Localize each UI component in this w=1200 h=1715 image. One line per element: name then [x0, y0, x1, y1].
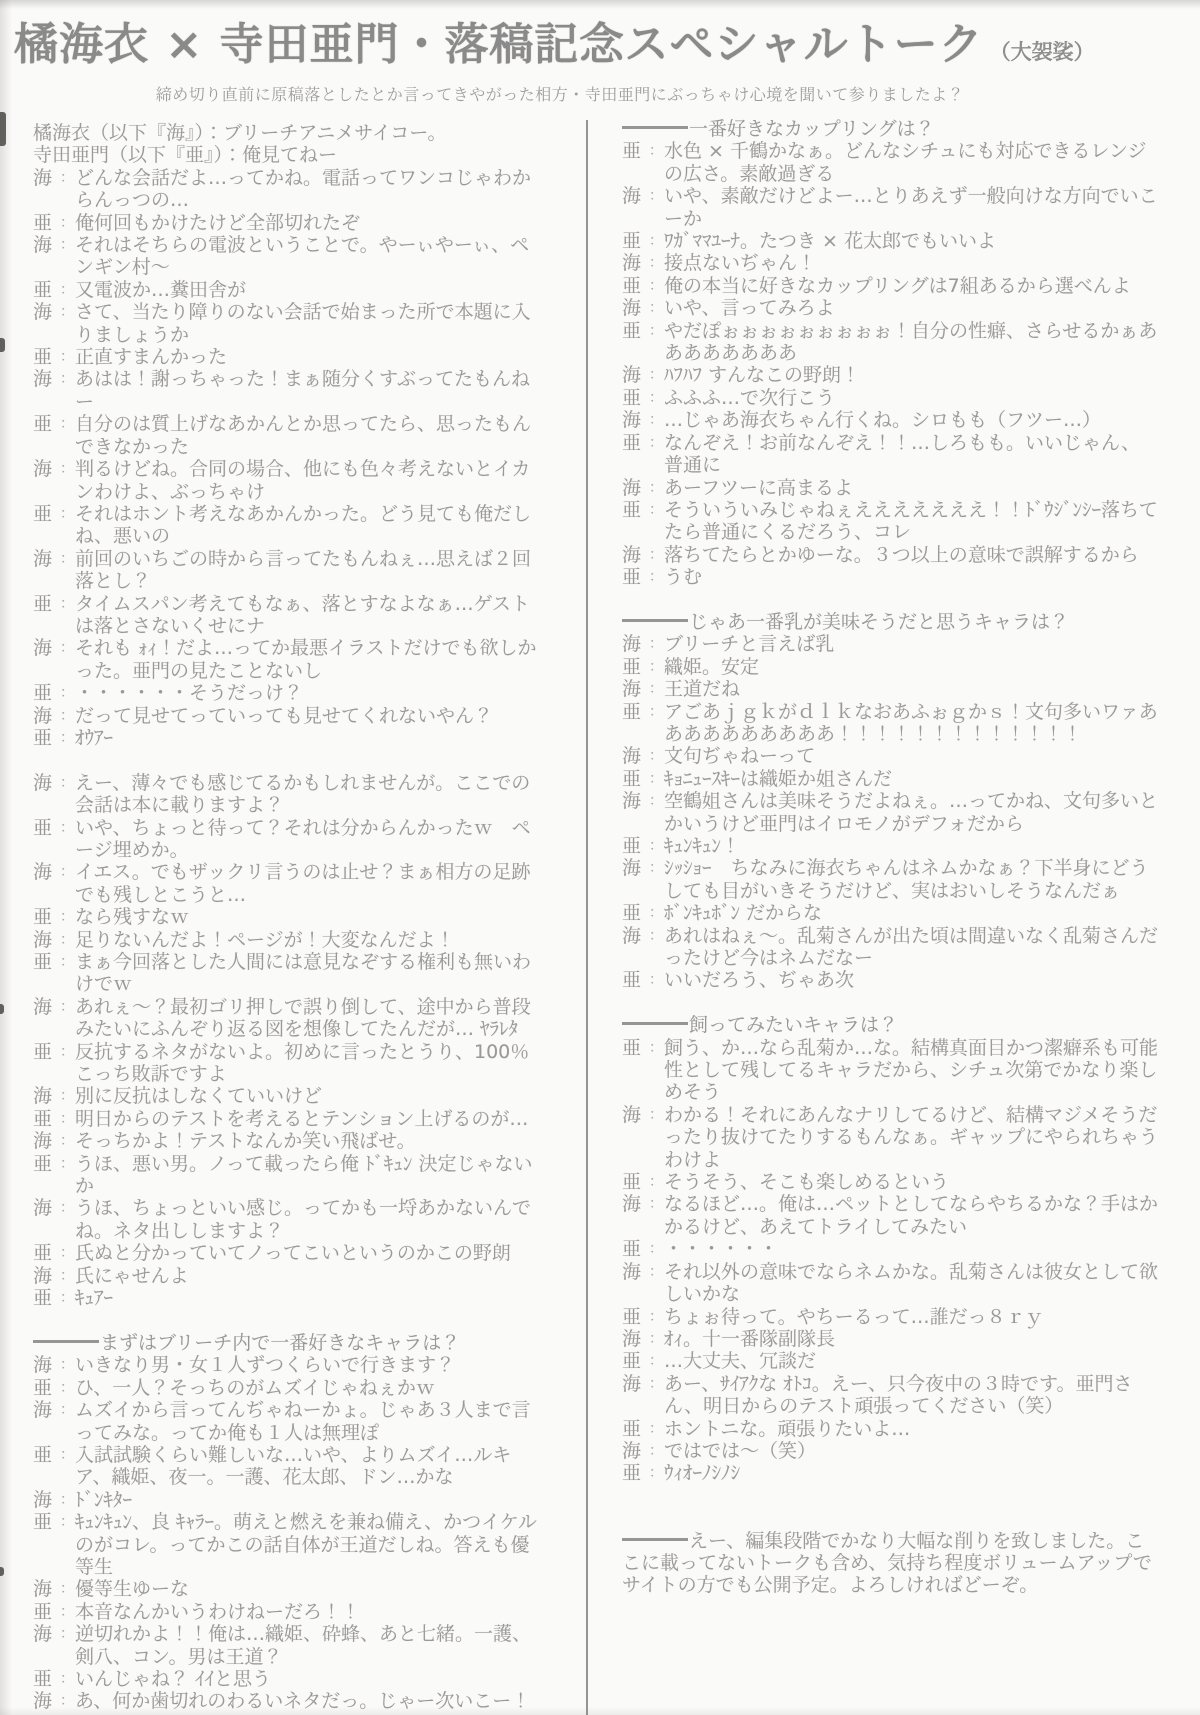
blank-space	[622, 992, 1158, 1014]
speaker-label: 海	[33, 1265, 59, 1287]
speaker-label: 亜	[33, 682, 59, 704]
dialogue-text: 明日からのテストを考えるとテンション上げるのが…	[75, 1108, 540, 1130]
speaker-colon: ：	[648, 1328, 664, 1350]
dialogue-text: 優等生ゆーな	[75, 1578, 540, 1600]
speaker-colon: ：	[648, 925, 664, 947]
dialogue-line: 海：あー、ｻｲｱｸな ｵﾄｺ。えー、只今夜中の３時です。亜門さん、明日からのテス…	[622, 1373, 1158, 1418]
dialogue-line: 海：ﾊﾌﾊﾌ すんなこの野朗！	[622, 364, 1158, 386]
dialogue-text: 接点ないぢゃん！	[664, 252, 1158, 274]
blank-space	[622, 589, 1158, 611]
dialogue-text: えー、薄々でも感じてるかもしれませんが。ここでの会話は本に載りますよ？	[75, 772, 540, 817]
speaker-label: 海	[622, 1440, 648, 1462]
dialogue-line: 海：さて、当たり障りのない会話で始まった所で本題に入りましょうか	[33, 301, 540, 346]
speaker-colon: ：	[59, 346, 75, 368]
speaker-colon: ：	[59, 861, 75, 883]
dialogue-line: 亜：なら残すなｗ	[33, 906, 540, 928]
speaker-label: 海	[33, 458, 59, 480]
speaker-label: 亜	[33, 817, 59, 839]
speaker-label: 海	[622, 477, 648, 499]
dialogue-text: 飼う、か…なら乱菊か…な。結構真面目かつ潔癖系も可能性として残してるキャラだから…	[664, 1037, 1158, 1104]
speaker-label: 亜	[622, 835, 648, 857]
speaker-colon: ：	[648, 1261, 664, 1283]
speaker-label: 海	[33, 637, 59, 659]
dialogue-text: なるほど…。俺は…ペットとしてならやちるかな？手はかかるけど、あえてトライしてみ…	[664, 1193, 1158, 1238]
dialogue-line: 亜：うむ	[622, 566, 1158, 588]
speaker-label: 亜	[622, 1171, 648, 1193]
dialogue-line: 亜：俺の本当に好きなカップリングは7組あるから選べんよ	[622, 275, 1158, 297]
speaker-label: 海	[622, 252, 648, 274]
speaker-label: 亜	[622, 230, 648, 252]
blank-space	[33, 1310, 540, 1332]
speaker-colon: ：	[648, 768, 664, 790]
speaker-colon: ：	[59, 682, 75, 704]
speaker-colon: ：	[59, 1668, 75, 1690]
speaker-colon: ：	[648, 969, 664, 991]
dialogue-line: 亜：正直すまんかった	[33, 346, 540, 368]
dialogue-line: 海：ではでは～（笑）	[622, 1440, 1158, 1462]
dialogue-text: 氏ぬと分かっていてノってこいというのかこの野朗	[75, 1242, 540, 1264]
dialogue-line: 亜：織姫。安定	[622, 656, 1158, 678]
speaker-colon: ：	[59, 929, 75, 951]
speaker-colon: ：	[648, 1306, 664, 1328]
dialogue-text: それ以外の意味でならネムかな。乱菊さんは彼女として欲しいかな	[664, 1261, 1158, 1306]
dialogue-text: いきなり男・女１人ずつくらいで行きます？	[75, 1354, 540, 1376]
speaker-colon: ：	[59, 1041, 75, 1063]
dialogue-text: イエス。でもザックリ言うのは止せ？まぁ相方の足跡でも残しとこうと…	[75, 861, 540, 906]
speaker-label: 海	[33, 1197, 59, 1219]
dialogue-line: 亜：ｷｮﾆｭｰｽｷｰは織姫か姐さんだ	[622, 768, 1158, 790]
section-header-text: じゃあ一番乳が美味そうだと思うキャラは？	[689, 611, 1069, 633]
speaker-label: 亜	[33, 1668, 59, 1690]
dialogue-line: 亜：いんじゃね？ ｲｲと思う	[33, 1668, 540, 1690]
dialogue-line: 亜：ﾜｶﾞﾏﾏﾕｰﾅ。たつき × 花太郎でもいいよ	[622, 230, 1158, 252]
dialogue-text: あー、ｻｲｱｸな ｵﾄｺ。えー、只今夜中の３時です。亜門さん、明日からのテスト頑…	[664, 1373, 1158, 1418]
speaker-label: 亜	[622, 140, 648, 162]
section-header-text: まずはブリーチ内で一番好きなキャラは？	[100, 1332, 460, 1354]
dialogue-text: ﾊﾌﾊﾌ すんなこの野朗！	[664, 364, 1158, 386]
dialogue-line: 海：空鶴姐さんは美味そうだよねぇ。…ってかね、文句多いとかいうけど亜門はイロモノ…	[622, 790, 1158, 835]
page-title-text: 橘海衣 × 寺田亜門・落稿記念スペシャルトーク	[14, 19, 984, 70]
speaker-label: 海	[622, 925, 648, 947]
speaker-label: 亜	[33, 1511, 59, 1533]
speaker-label: 海	[622, 1328, 648, 1350]
dialogue-line: 亜：明日からのテストを考えるとテンション上げるのが…	[33, 1108, 540, 1130]
dialogue-line: 海：別に反抗はしなくていいけど	[33, 1085, 540, 1107]
speaker-colon: ：	[648, 275, 664, 297]
speaker-label: 海	[622, 185, 648, 207]
speaker-colon: ：	[648, 387, 664, 409]
speaker-label: 海	[622, 857, 648, 879]
dialogue-text: ｷｮﾆｭｰｽｷｰは織姫か姐さんだ	[664, 768, 1158, 790]
dialogue-text: わかる！それにあんなナリしてるけど、結構マジメそうだったり抜けてたりするもんなぁ…	[664, 1104, 1158, 1171]
dialogue-text: 正直すまんかった	[75, 346, 540, 368]
dialogue-text: ちょぉ待って。やちーるって…誰だっ８ｒｙ	[664, 1306, 1158, 1328]
page-subtitle: 締め切り直前に原稿落としたとか言ってきやがった相方・寺田亜門にぶっちゃけ心境を聞…	[0, 82, 1120, 105]
dialogue-text: …大丈夫、冗談だ	[664, 1350, 1158, 1372]
dialogue-text: どんな会話だよ…ってかね。電話ってワンコじゃわからんっつの…	[75, 167, 540, 212]
speaker-label: 亜	[622, 902, 648, 924]
dialogue-line: 海：ｵｨ。十一番隊副隊長	[622, 1328, 1158, 1350]
dialogue-text: やだぽぉぉぉぉぉぉぉぉぉ！自分の性癖、さらせるかぁああああああああ	[664, 320, 1158, 365]
dialogue-text: そうそう、そこも楽しめるという	[664, 1171, 1158, 1193]
dialogue-line: 亜：ﾎﾞﾝｷｭﾎﾞﾝ だからな	[622, 902, 1158, 924]
speaker-label: 海	[622, 633, 648, 655]
speaker-label: 亜	[622, 1462, 648, 1484]
speaker-colon: ：	[648, 320, 664, 342]
dialogue-line: 亜：そうそう、そこも楽しめるという	[622, 1171, 1158, 1193]
speaker-label: 亜	[33, 279, 59, 301]
speaker-label: 亜	[33, 1444, 59, 1466]
scan-edge-artifact	[0, 1004, 4, 1014]
intro-line: 寺田亜門（以下『亜』）：俺見てねー	[33, 144, 540, 166]
speaker-colon: ：	[648, 364, 664, 386]
dialogue-line: 亜：ｷｭｱｰ	[33, 1287, 540, 1309]
dialogue-line: 海：だって見せてっていっても見せてくれないやん？	[33, 705, 540, 727]
dialogue-line: 亜：水色 × 千鶴かなぁ。どんなシチュにも対応できるレンジの広さ。素敵過ぎる	[622, 140, 1158, 185]
speaker-label: 海	[622, 1261, 648, 1283]
speaker-label: 海	[33, 1690, 59, 1712]
dialogue-text: なんぞえ！お前なんぞえ！！…しろもも。いいじゃん、普通に	[664, 432, 1158, 477]
speaker-label: 亜	[622, 432, 648, 454]
dialogue-text: ブリーチと言えば乳	[664, 633, 1158, 655]
speaker-label: 海	[33, 1399, 59, 1421]
speaker-colon: ：	[648, 252, 664, 274]
speaker-colon: ：	[59, 772, 75, 794]
speaker-label: 海	[622, 1104, 648, 1126]
speaker-label: 亜	[622, 1306, 648, 1328]
speaker-colon: ：	[648, 678, 664, 700]
dialogue-line: 海：足りないんだよ！ページが！大変なんだよ！	[33, 929, 540, 951]
dialogue-text: 本音なんかいうわけねーだろ！！	[75, 1601, 540, 1623]
section-header: 飼ってみたいキャラは？	[622, 1014, 1158, 1036]
speaker-label: 亜	[33, 413, 59, 435]
speaker-colon: ：	[648, 230, 664, 252]
dialogue-line: 海：落ちてたらとかゆーな。３つ以上の意味で誤解するから	[622, 544, 1158, 566]
dialogue-line: 亜：俺何回もかけたけど全部切れたぞ	[33, 212, 540, 234]
speaker-label: 海	[33, 167, 59, 189]
dialogue-line: 亜：飼う、か…なら乱菊か…な。結構真面目かつ潔癖系も可能性として残してるキャラだ…	[622, 1037, 1158, 1104]
speaker-colon: ：	[59, 1690, 75, 1712]
dialogue-text: うむ	[664, 566, 1158, 588]
dialogue-text: あれぇ～？最初ゴリ押しで誤り倒して、途中から普段みたいにふんぞり返る図を想像して…	[75, 996, 540, 1041]
dialogue-text: あ、何か歯切れのわるいネタだっ。じゃー次いこー！	[75, 1690, 540, 1712]
speaker-label: 海	[33, 929, 59, 951]
speaker-colon: ：	[59, 1489, 75, 1511]
dialogue-line: 亜：本音なんかいうわけねーだろ！！	[33, 1601, 540, 1623]
dialogue-line: 亜：やだぽぉぉぉぉぉぉぉぉぉ！自分の性癖、さらせるかぁああああああああ	[622, 320, 1158, 365]
speaker-colon: ：	[59, 705, 75, 727]
dialogue-line: 亜：タイムスパン考えてもなぁ、落とすなよなぁ…ゲストは落とさないくせにナ	[33, 593, 540, 638]
intro-line-text: 寺田亜門（以下『亜』）：俺見てねー	[33, 144, 337, 166]
dialogue-line: 亜：いいだろう、ぢゃあ次	[622, 969, 1158, 991]
speaker-colon: ：	[59, 817, 75, 839]
speaker-colon: ：	[59, 1354, 75, 1376]
speaker-label: 亜	[622, 1418, 648, 1440]
dialogue-line: 亜：ｷｭﾝｷｭﾝ！	[622, 835, 1158, 857]
dialogue-text: ではでは～（笑）	[664, 1440, 1158, 1462]
speaker-label: 海	[33, 1578, 59, 1600]
dialogue-line: 亜：ｳｨｵｰﾉｼﾉｼ	[622, 1462, 1158, 1484]
dialogue-line: 海：ムズイから言ってんぢゃねーかょ。じゃあ３人まで言ってみな。ってか俺も１人は無…	[33, 1399, 540, 1444]
dialogue-text: 判るけどね。合同の場合、他にも色々考えないとイカンわけよ、ぶっちゃけ	[75, 458, 540, 503]
speaker-colon: ：	[59, 1108, 75, 1130]
dialogue-line: 海：なるほど…。俺は…ペットとしてならやちるかな？手はかかるけど、あえてトライし…	[622, 1193, 1158, 1238]
speaker-colon: ：	[59, 167, 75, 189]
dialogue-text: 文句ぢゃねーって	[664, 745, 1158, 767]
speaker-colon: ：	[59, 503, 75, 525]
speaker-colon: ：	[59, 1623, 75, 1645]
dialogue-text: ｷｭｱｰ	[75, 1287, 540, 1309]
dialogue-line: 海：えー、薄々でも感じてるかもしれませんが。ここでの会話は本に載りますよ？	[33, 772, 540, 817]
speaker-label: 亜	[33, 1242, 59, 1264]
speaker-colon: ：	[59, 951, 75, 973]
speaker-label: 亜	[33, 212, 59, 234]
speaker-colon: ：	[648, 1462, 664, 1484]
speaker-colon: ：	[59, 1601, 75, 1623]
dialogue-text: それも ｫｨ！だよ…ってか最悪イラストだけでも欲しかった。亜門の見たことないし	[75, 637, 540, 682]
page-title: 橘海衣 × 寺田亜門・落稿記念スペシャルトーク（大袈裟）	[14, 8, 1194, 72]
dialogue-text: 逆切れかよ！！俺は…織姫、砕蜂、あと七緒。一護、剣八、コン。男は王道？	[75, 1623, 540, 1668]
speaker-colon: ：	[648, 1418, 664, 1440]
dialogue-line: 海：いや、言ってみろよ	[622, 297, 1158, 319]
dialogue-line: 海：そっちかよ！テストなんか笑い飛ばせ。	[33, 1130, 540, 1152]
speaker-colon: ：	[648, 477, 664, 499]
dialogue-line: 海：優等生ゆーな	[33, 1578, 540, 1600]
speaker-colon: ：	[648, 1373, 664, 1395]
dialogue-line: 亜：ふふふ…で次行こう	[622, 387, 1158, 409]
speaker-colon: ：	[648, 499, 664, 521]
speaker-label: 亜	[622, 566, 648, 588]
speaker-label: 亜	[622, 275, 648, 297]
dialogue-line: 海：前回のいちごの時から言ってたもんねぇ…思えば２回落とし？	[33, 548, 540, 593]
speaker-colon: ：	[648, 1037, 664, 1059]
speaker-colon: ：	[59, 234, 75, 256]
right-text-column: 一番好きなカップリングは？亜：水色 × 千鶴かなぁ。どんなシチュにも対応できるレ…	[622, 118, 1158, 1597]
speaker-label: 海	[622, 364, 648, 386]
speaker-colon: ：	[59, 1265, 75, 1287]
dialogue-text: さて、当たり障りのない会話で始まった所で本題に入りましょうか	[75, 301, 540, 346]
dialogue-text: …じゃあ海衣ちゃん行くね。シロもも（フツー…）	[664, 409, 1158, 431]
dialogue-line: 海：あーフツーに高まるよ	[622, 477, 1158, 499]
dialogue-text: あーフツーに高まるよ	[664, 477, 1158, 499]
dialogue-line: 亜：ホントニな。頑張りたいよ…	[622, 1418, 1158, 1440]
section-dash-icon	[622, 619, 688, 622]
dialogue-text: 俺何回もかけたけど全部切れたぞ	[75, 212, 540, 234]
dialogue-line: 海：判るけどね。合同の場合、他にも色々考えないとイカンわけよ、ぶっちゃけ	[33, 458, 540, 503]
speaker-label: 亜	[622, 387, 648, 409]
dialogue-line: 亜：・・・・・・	[622, 1238, 1158, 1260]
speaker-label: 海	[622, 745, 648, 767]
blank-space	[33, 749, 540, 771]
dialogue-text: あはは！謝っちゃった！まぁ随分くすぶってたもんねー	[75, 368, 540, 413]
dialogue-line: 亜：アごあｊｇｋがｄｌｋなおあふぉｇかｓ！文句多いワァああああああああああ！！！…	[622, 701, 1158, 746]
speaker-label: 海	[622, 1193, 648, 1215]
dialogue-text: 足りないんだよ！ページが！大変なんだよ！	[75, 929, 540, 951]
speaker-colon: ：	[59, 301, 75, 323]
speaker-colon: ：	[59, 996, 75, 1018]
dialogue-text: 自分のは質上げなあかんとか思ってたら、思ったもんできなかった	[75, 413, 540, 458]
scan-edge-artifact	[0, 338, 5, 352]
dialogue-text: うほ、悪い男。ノって載ったら俺 ﾄﾞｷｭﾝ 決定じゃないか	[75, 1153, 540, 1198]
speaker-colon: ：	[648, 297, 664, 319]
speaker-colon: ：	[648, 790, 664, 812]
speaker-colon: ：	[648, 633, 664, 655]
dialogue-text: 王道だね	[664, 678, 1158, 700]
dialogue-line: 亜：そういういみじゃねぇえええええええ！！ﾄﾞｳｼﾞﾝｼｰ落ちてたら普通にくるだ…	[622, 499, 1158, 544]
speaker-colon: ：	[59, 458, 75, 480]
dialogue-line: 海：どんな会話だよ…ってかね。電話ってワンコじゃわからんっつの…	[33, 167, 540, 212]
scan-edge-artifact	[0, 112, 6, 146]
dialogue-line: 海：あれぇ～？最初ゴリ押しで誤り倒して、途中から普段みたいにふんぞり返る図を想像…	[33, 996, 540, 1041]
dialogue-text: 氏にゃせんよ	[75, 1265, 540, 1287]
speaker-label: 亜	[33, 727, 59, 749]
dialogue-text: いや、言ってみろよ	[664, 297, 1158, 319]
speaker-label: 亜	[33, 1041, 59, 1063]
page-title-suffix: （大袈裟）	[990, 40, 1095, 64]
dialogue-text: それはホント考えなあかんかった。どう見ても俺だしね、悪いの	[75, 503, 540, 548]
speaker-label: 亜	[33, 1108, 59, 1130]
speaker-colon: ：	[648, 1104, 664, 1126]
dialogue-line: 海：ブリーチと言えば乳	[622, 633, 1158, 655]
dialogue-line: 海：ﾄﾞﾝｷﾀｰ	[33, 1489, 540, 1511]
dialogue-line: 亜：ひ、一人？そっちのがムズイじゃねぇかｗ	[33, 1377, 540, 1399]
dialogue-text: ｷｭﾝｷｭﾝ！	[664, 835, 1158, 857]
speaker-colon: ：	[648, 701, 664, 723]
speaker-label: 海	[622, 678, 648, 700]
dialogue-text: 入試試験くらい難しいな…いや、よりムズイ…ルキア、織姫、夜一。一護、花太郎、ドン…	[75, 1444, 540, 1489]
dialogue-line: 海：…じゃあ海衣ちゃん行くね。シロもも（フツー…）	[622, 409, 1158, 431]
dialogue-line: 海：それ以外の意味でならネムかな。乱菊さんは彼女として欲しいかな	[622, 1261, 1158, 1306]
dialogue-text: 俺の本当に好きなカップリングは7組あるから選べんよ	[664, 275, 1158, 297]
speaker-colon: ：	[648, 1171, 664, 1193]
speaker-label: 海	[33, 234, 59, 256]
intro-line-text: 橘海衣（以下『海』）：ブリーチアニメサイコー。	[33, 122, 446, 144]
speaker-colon: ：	[648, 656, 664, 678]
speaker-colon: ：	[648, 140, 664, 162]
dialogue-text: 落ちてたらとかゆーな。３つ以上の意味で誤解するから	[664, 544, 1158, 566]
dialogue-text: ひ、一人？そっちのがムズイじゃねぇかｗ	[75, 1377, 540, 1399]
dialogue-line: 亜：・・・・・・そうだっけ？	[33, 682, 540, 704]
dialogue-text: ｵｳｱｰ	[75, 727, 540, 749]
speaker-label: 亜	[33, 503, 59, 525]
speaker-label: 亜	[622, 701, 648, 723]
speaker-label: 亜	[33, 1377, 59, 1399]
speaker-label: 海	[33, 705, 59, 727]
section-dash-icon	[622, 1022, 688, 1025]
dialogue-line: 亜：うほ、悪い男。ノって載ったら俺 ﾄﾞｷｭﾝ 決定じゃないか	[33, 1153, 540, 1198]
dialogue-line: 海：あはは！謝っちゃった！まぁ随分くすぶってたもんねー	[33, 368, 540, 413]
dialogue-text: だって見せてっていっても見せてくれないやん？	[75, 705, 540, 727]
speaker-colon: ：	[59, 1085, 75, 1107]
dialogue-line: 亜：いや、ちょっと待って？それは分からんかったｗ ページ埋めか。	[33, 817, 540, 862]
dialogue-line: 亜：ちょぉ待って。やちーるって…誰だっ８ｒｙ	[622, 1306, 1158, 1328]
speaker-colon: ：	[648, 1193, 664, 1215]
speaker-colon: ：	[59, 1242, 75, 1264]
speaker-label: 海	[622, 409, 648, 431]
dialogue-text: それはそちらの電波ということで。やーぃやーぃ、ペンギン村～	[75, 234, 540, 279]
dialogue-line: 亜：それはホント考えなあかんかった。どう見ても俺だしね、悪いの	[33, 503, 540, 548]
speaker-colon: ：	[648, 857, 664, 879]
dialogue-text: ムズイから言ってんぢゃねーかょ。じゃあ３人まで言ってみな。ってか俺も１人は無理ぽ	[75, 1399, 540, 1444]
dialogue-line: 海：イエス。でもザックリ言うのは止せ？まぁ相方の足跡でも残しとこうと…	[33, 861, 540, 906]
dialogue-text: ｳｨｵｰﾉｼﾉｼ	[664, 1462, 1158, 1484]
dialogue-text: ﾜｶﾞﾏﾏﾕｰﾅ。たつき × 花太郎でもいいよ	[664, 230, 1158, 252]
speaker-colon: ：	[648, 745, 664, 767]
dialogue-text: タイムスパン考えてもなぁ、落とすなよなぁ…ゲストは落とさないくせにナ	[75, 593, 540, 638]
speaker-label: 海	[33, 772, 59, 794]
dialogue-line: 海：接点ないぢゃん！	[622, 252, 1158, 274]
dialogue-line: 亜：入試試験くらい難しいな…いや、よりムズイ…ルキア、織姫、夜一。一護、花太郎、…	[33, 1444, 540, 1489]
dialogue-text: そっちかよ！テストなんか笑い飛ばせ。	[75, 1130, 540, 1152]
speaker-colon: ：	[59, 1130, 75, 1152]
dialogue-line: 亜：氏ぬと分かっていてノってこいというのかこの野朗	[33, 1242, 540, 1264]
section-header: まずはブリーチ内で一番好きなキャラは？	[33, 1332, 540, 1354]
dialogue-text: ﾄﾞﾝｷﾀｰ	[75, 1489, 540, 1511]
speaker-label: 海	[33, 996, 59, 1018]
dialogue-text: まぁ今回落とした人間には意見なぞする権利も無いわけでｗ	[75, 951, 540, 996]
dialogue-line: 海：それはそちらの電波ということで。やーぃやーぃ、ペンギン村～	[33, 234, 540, 279]
speaker-colon: ：	[59, 413, 75, 435]
speaker-colon: ：	[648, 1238, 664, 1260]
dialogue-line: 亜：反抗するネタがないよ。初めに言ったとうり、100％こっち敗訴ですよ	[33, 1041, 540, 1086]
speaker-label: 海	[33, 861, 59, 883]
dialogue-text: 前回のいちごの時から言ってたもんねぇ…思えば２回落とし？	[75, 548, 540, 593]
speaker-colon: ：	[59, 593, 75, 615]
dialogue-text: 空鶴姐さんは美味そうだよねぇ。…ってかね、文句多いとかいうけど亜門はイロモノがデ…	[664, 790, 1158, 835]
column-divider-line	[586, 120, 588, 1715]
dialogue-text: いや、ちょっと待って？それは分からんかったｗ ページ埋めか。	[75, 817, 540, 862]
speaker-label: 亜	[33, 346, 59, 368]
speaker-colon: ：	[648, 544, 664, 566]
speaker-label: 海	[33, 1489, 59, 1511]
dialogue-text: ｵｨ。十一番隊副隊長	[664, 1328, 1158, 1350]
blank-space	[622, 1507, 1158, 1529]
intro-line: 橘海衣（以下『海』）：ブリーチアニメサイコー。	[33, 122, 540, 144]
dialogue-line: 亜：なんぞえ！お前なんぞえ！！…しろもも。いいじゃん、普通に	[622, 432, 1158, 477]
speaker-colon: ：	[59, 1153, 75, 1175]
dialogue-line: 亜：又電波か…糞田舎が	[33, 279, 540, 301]
speaker-colon: ：	[59, 1511, 75, 1533]
dialogue-line: 海：あれはねぇ～。乱菊さんが出た頃は間違いなく乱菊さんだったけど今はネムだなー	[622, 925, 1158, 970]
dialogue-line: 海：わかる！それにあんなナリしてるけど、結構マジメそうだったり抜けてたりするもん…	[622, 1104, 1158, 1171]
speaker-label: 海	[622, 790, 648, 812]
speaker-label: 海	[622, 297, 648, 319]
dialogue-line: 海：ｼｯｼｮｰ ちなみに海衣ちゃんはネムかなぁ？下半身にどうしても目がいきそうだ…	[622, 857, 1158, 902]
speaker-colon: ：	[648, 1440, 664, 1462]
dialogue-text: うほ、ちょっといい感じ。ってかも一埒あかないんでね。ネタ出ししますよ？	[75, 1197, 540, 1242]
dialogue-text: あれはねぇ～。乱菊さんが出た頃は間違いなく乱菊さんだったけど今はネムだなー	[664, 925, 1158, 970]
speaker-colon: ：	[59, 1377, 75, 1399]
speaker-colon: ：	[59, 1578, 75, 1600]
section-dash-icon	[33, 1340, 99, 1343]
speaker-label: 亜	[622, 499, 648, 521]
section-header-text: 飼ってみたいキャラは？	[689, 1014, 898, 1036]
dialogue-text: ホントニな。頑張りたいよ…	[664, 1418, 1158, 1440]
blank-space	[622, 1485, 1158, 1507]
speaker-colon: ：	[59, 368, 75, 390]
dialogue-text: いや、素敵だけどよー…とりあえず一般向けな方向でいこーか	[664, 185, 1158, 230]
footer-note-text: えー、編集段階でかなり大幅な削りを致しました。ここに載ってないトークも含め、気持…	[622, 1530, 1152, 1597]
dialogue-line: 海：いや、素敵だけどよー…とりあえず一般向けな方向でいこーか	[622, 185, 1158, 230]
dialogue-text: 別に反抗はしなくていいけど	[75, 1085, 540, 1107]
speaker-label: 亜	[622, 656, 648, 678]
speaker-label: 亜	[33, 1287, 59, 1309]
speaker-label: 亜	[622, 768, 648, 790]
dialogue-text: ふふふ…で次行こう	[664, 387, 1158, 409]
speaker-label: 海	[622, 1373, 648, 1395]
dialogue-text: なら残すなｗ	[75, 906, 540, 928]
dialogue-line: 海：文句ぢゃねーって	[622, 745, 1158, 767]
